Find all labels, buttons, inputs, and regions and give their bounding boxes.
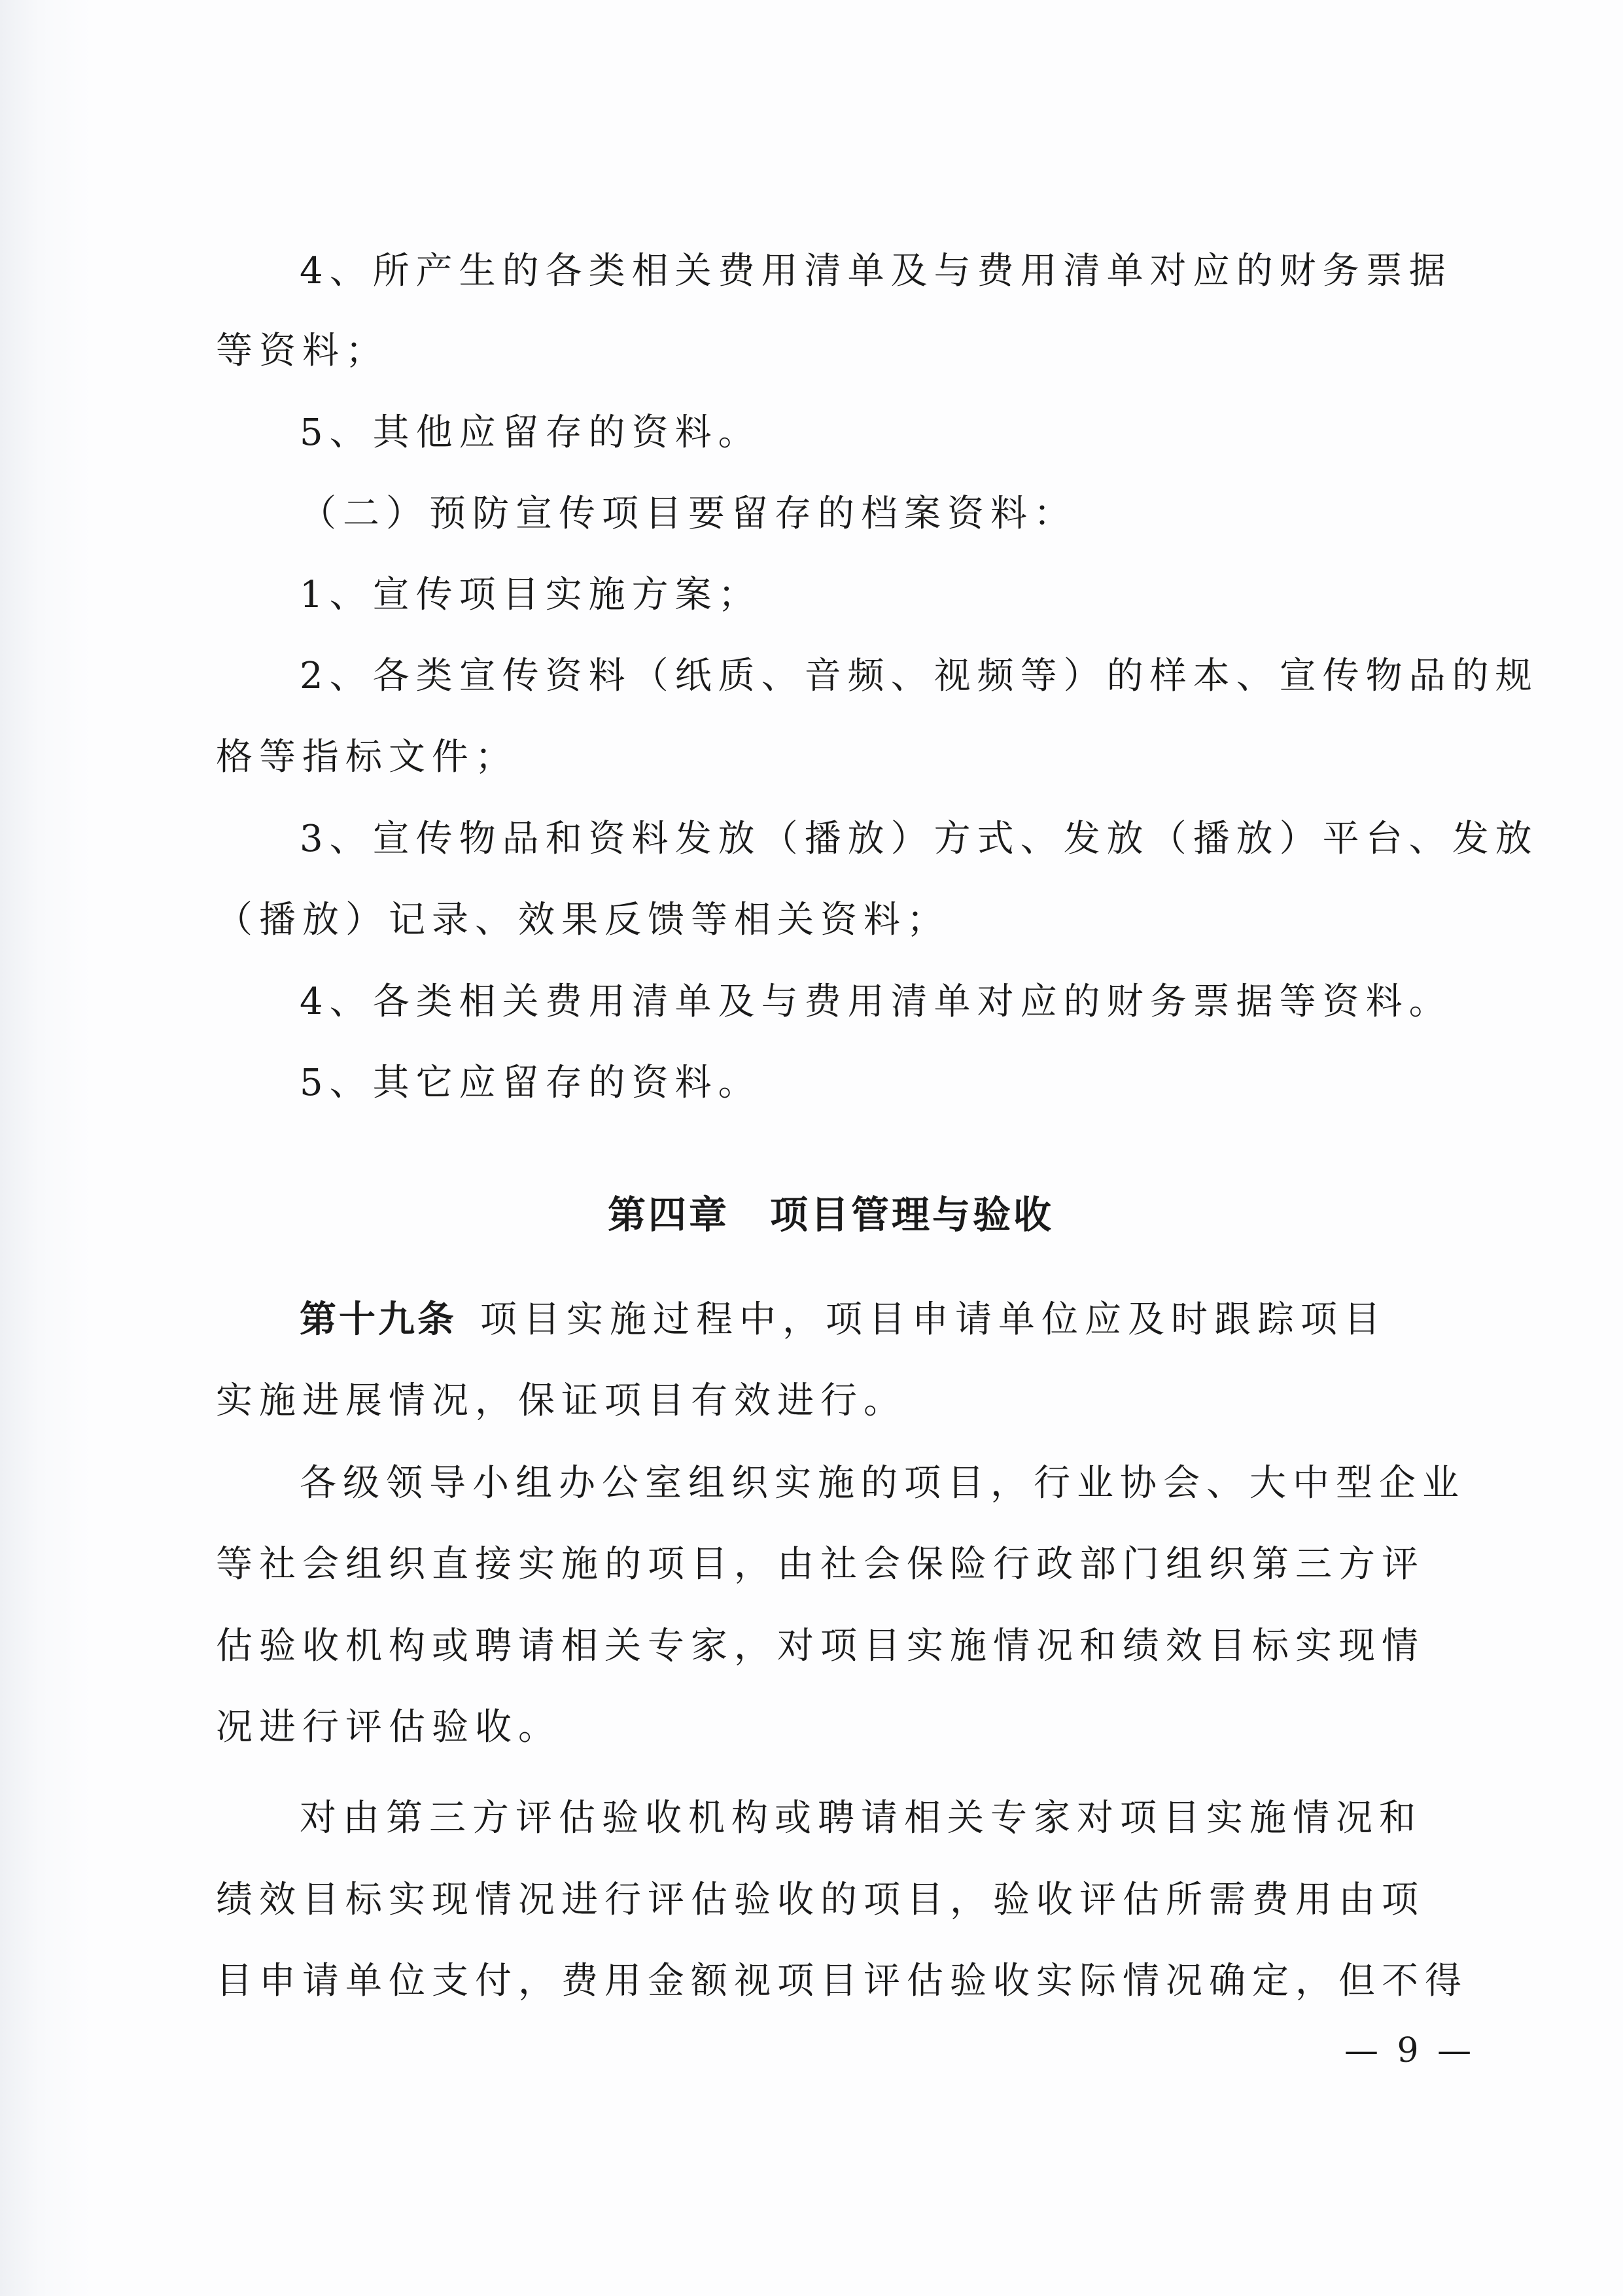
list-item-plan: 1、宣传项目实施方案；: [300, 569, 761, 621]
list-item-fee-records: 4、所产生的各类相关费用清单及与费用清单对应的财务票据: [300, 245, 1452, 298]
list-item-samples-cont: 格等指标文件；: [216, 731, 518, 784]
chapter-heading: 第四章 项目管理与验收: [216, 1184, 1446, 1239]
article-19-line-1: 第十九条项目实施过程中，项目申请单位应及时跟踪项目: [300, 1294, 1387, 1346]
paragraph-2-line-3: 估验收机构或聘请相关专家，对项目实施情况和绩效目标实现情: [216, 1620, 1425, 1673]
list-item-distribution-cont: （播放）记录、效果反馈等相关资料；: [216, 894, 950, 947]
paragraph-3-line-2: 绩效目标实现情况进行评估验收的项目，验收评估所需费用由项: [216, 1874, 1425, 1926]
page-number: — 9 —: [1344, 2031, 1475, 2070]
article-text: 项目实施过程中，项目申请单位应及时跟踪项目: [480, 1298, 1387, 1341]
list-item-distribution: 3、宣传物品和资料发放（播放）方式、发放（播放）平台、发放: [300, 813, 1539, 865]
paragraph-3-line-1: 对由第三方评估验收机构或聘请相关专家对项目实施情况和: [300, 1792, 1422, 1845]
paragraph-2-line-4: 况进行评估验收。: [216, 1701, 561, 1754]
paragraph-2-line-2: 等社会组织直接实施的项目，由社会保险行政部门组织第三方评: [216, 1539, 1425, 1591]
list-item-fee-list: 4、各类相关费用清单及与费用清单对应的财务票据等资料。: [300, 976, 1452, 1028]
list-item-fee-records-cont: 等资料；: [216, 325, 389, 377]
list-item-samples: 2、各类宣传资料（纸质、音频、视频等）的样本、宣传物品的规: [300, 650, 1539, 703]
list-item-other-retained: 5、其它应留存的资料。: [300, 1057, 761, 1109]
paragraph-3-line-3: 目申请单位支付，费用金额视项目评估验收实际情况确定，但不得: [216, 1955, 1468, 2008]
list-item-other-materials: 5、其他应留存的资料。: [300, 407, 761, 459]
document-page: 4、所产生的各类相关费用清单及与费用清单对应的财务票据 等资料； 5、其他应留存…: [0, 0, 1623, 2296]
paragraph-2-line-1: 各级领导小组办公室组织实施的项目，行业协会、大中型企业: [300, 1457, 1465, 1510]
article-label: 第十九条: [300, 1298, 457, 1341]
article-19-line-2: 实施进展情况，保证项目有效进行。: [216, 1375, 907, 1427]
section-subheading-promotion: （二）预防宣传项目要留存的档案资料：: [300, 488, 1077, 540]
